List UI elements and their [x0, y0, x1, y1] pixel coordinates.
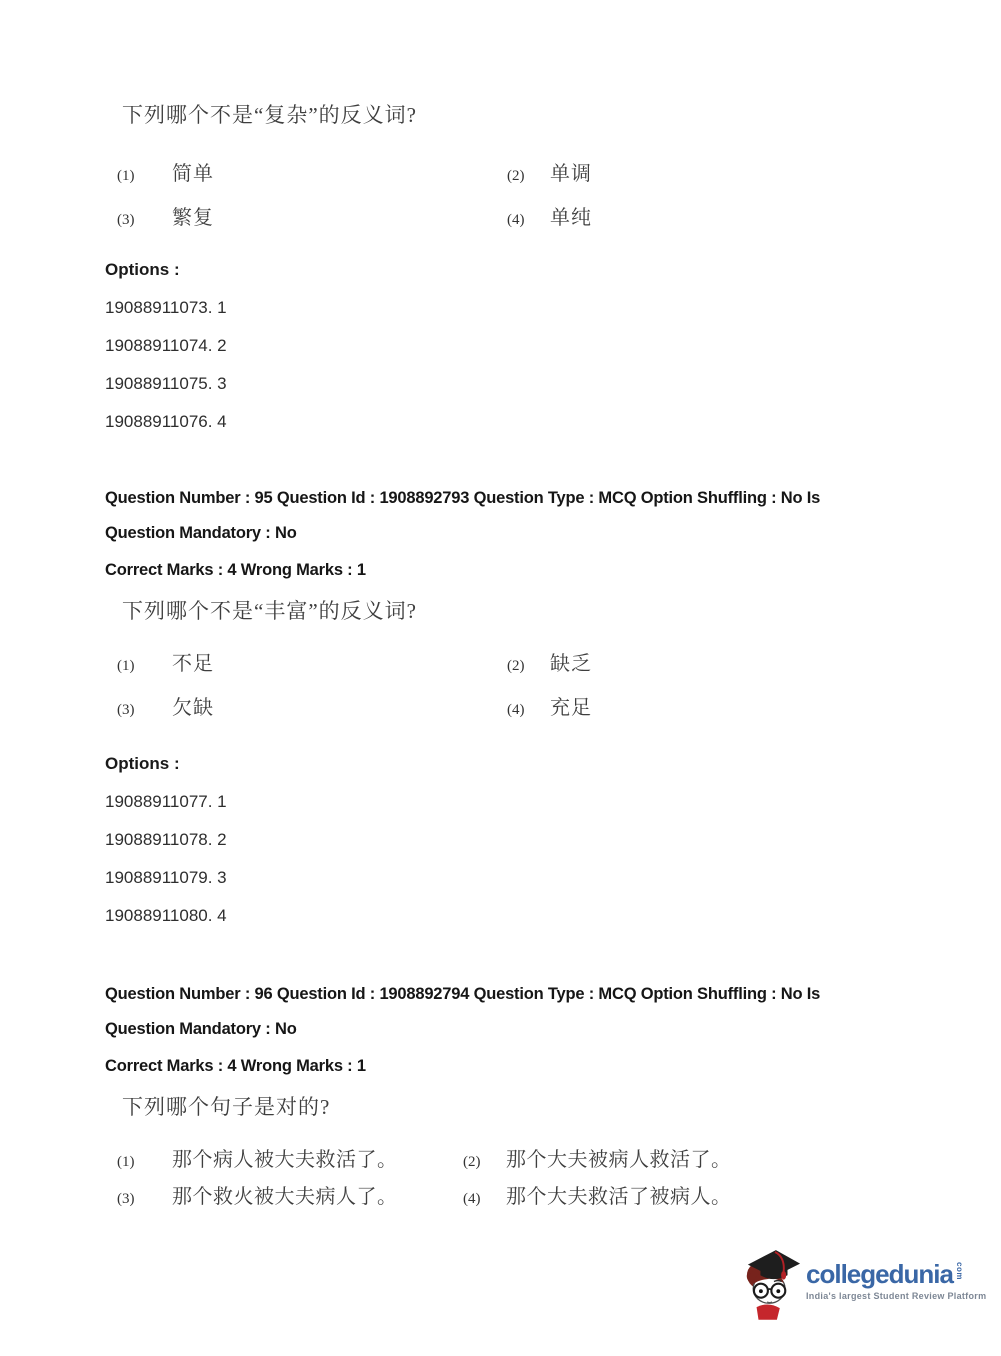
- choice-number: (3): [117, 1183, 172, 1215]
- choice-number: (1): [117, 1146, 172, 1178]
- brand-suffix-text: com: [955, 1262, 964, 1280]
- choice-row: (3)繁复 (4)单纯: [105, 202, 920, 236]
- question-block-96: Question Number : 96 Question Id : 19088…: [105, 980, 920, 1215]
- brand-tagline: India's largest Student Review Platform: [806, 1290, 986, 1302]
- option-id: 19088911080. 4: [105, 904, 920, 928]
- question-block-95: Question Number : 95 Question Id : 19088…: [105, 484, 920, 928]
- question-marks-line: Correct Marks : 4 Wrong Marks : 1: [105, 1052, 920, 1080]
- choice-number: (2): [463, 1146, 506, 1178]
- choice-number: (4): [507, 694, 550, 726]
- option-id: 19088911078. 2: [105, 828, 920, 852]
- choice-text: 简单: [172, 163, 214, 185]
- question-meta-line: Question Number : 96 Question Id : 19088…: [105, 980, 920, 1008]
- choice-number: (4): [463, 1183, 506, 1215]
- option-id: 19088911075. 3: [105, 372, 920, 396]
- choice-number: (3): [117, 204, 172, 236]
- question-meta-line: Question Mandatory : No: [105, 519, 920, 547]
- choice-number: (4): [507, 204, 550, 236]
- option-id: 19088911074. 2: [105, 334, 920, 358]
- choice-text: 单调: [550, 163, 592, 185]
- question-meta-line: Question Number : 95 Question Id : 19088…: [105, 484, 920, 512]
- choice-text: 那个大夫被病人救活了。: [506, 1149, 732, 1171]
- choice-number: (1): [117, 160, 172, 192]
- choice-text: 那个救火被大夫病人了。: [172, 1186, 398, 1208]
- choice-text: 那个大夫救活了被病人。: [506, 1186, 732, 1208]
- option-id: 19088911077. 1: [105, 790, 920, 814]
- choice-text: 充足: [550, 697, 592, 719]
- question-marks-line: Correct Marks : 4 Wrong Marks : 1: [105, 556, 920, 584]
- collegedunia-logo: collegeduniacom India's largest Student …: [744, 1243, 976, 1325]
- question-text: 下列哪个句子是对的?: [105, 1092, 920, 1122]
- question-meta-line: Question Mandatory : No: [105, 1015, 920, 1043]
- question-block-1: 下列哪个不是“复杂”的反义词? (1)简单 (2)单调 (3)繁复 (4)单纯 …: [105, 100, 920, 434]
- choice-text: 单纯: [550, 207, 592, 229]
- choice-number: (2): [507, 650, 550, 682]
- question-text: 下列哪个不是“复杂”的反义词?: [105, 100, 920, 130]
- choice-row: (3)那个救火被大夫病人了。 (4)那个大夫救活了被病人。: [105, 1181, 920, 1215]
- choice-number: (3): [117, 694, 172, 726]
- logo-text-column: collegeduniacom India's largest Student …: [806, 1259, 986, 1302]
- brand-text: collegedunia: [806, 1259, 953, 1289]
- options-label: Options :: [105, 752, 920, 776]
- choice-number: (1): [117, 650, 172, 682]
- student-mascot-icon: [744, 1243, 802, 1321]
- choice-row: (1)不足 (2)缺乏: [105, 648, 920, 682]
- choice-text: 不足: [172, 653, 214, 675]
- option-id: 19088911076. 4: [105, 410, 920, 434]
- question-text: 下列哪个不是“丰富”的反义词?: [105, 596, 920, 626]
- choice-row: (1)那个病人被大夫救活了。 (2)那个大夫被病人救活了。: [105, 1144, 920, 1178]
- choice-text: 那个病人被大夫救活了。: [172, 1149, 398, 1171]
- choice-row: (3)欠缺 (4)充足: [105, 692, 920, 726]
- choice-text: 繁复: [172, 207, 214, 229]
- option-id: 19088911079. 3: [105, 866, 920, 890]
- options-label: Options :: [105, 258, 920, 282]
- option-id: 19088911073. 1: [105, 296, 920, 320]
- choice-row: (1)简单 (2)单调: [105, 158, 920, 192]
- choice-number: (2): [507, 160, 550, 192]
- choice-text: 欠缺: [172, 697, 214, 719]
- exam-document-page: 下列哪个不是“复杂”的反义词? (1)简单 (2)单调 (3)繁复 (4)单纯 …: [0, 0, 1001, 1356]
- choice-text: 缺乏: [550, 653, 592, 675]
